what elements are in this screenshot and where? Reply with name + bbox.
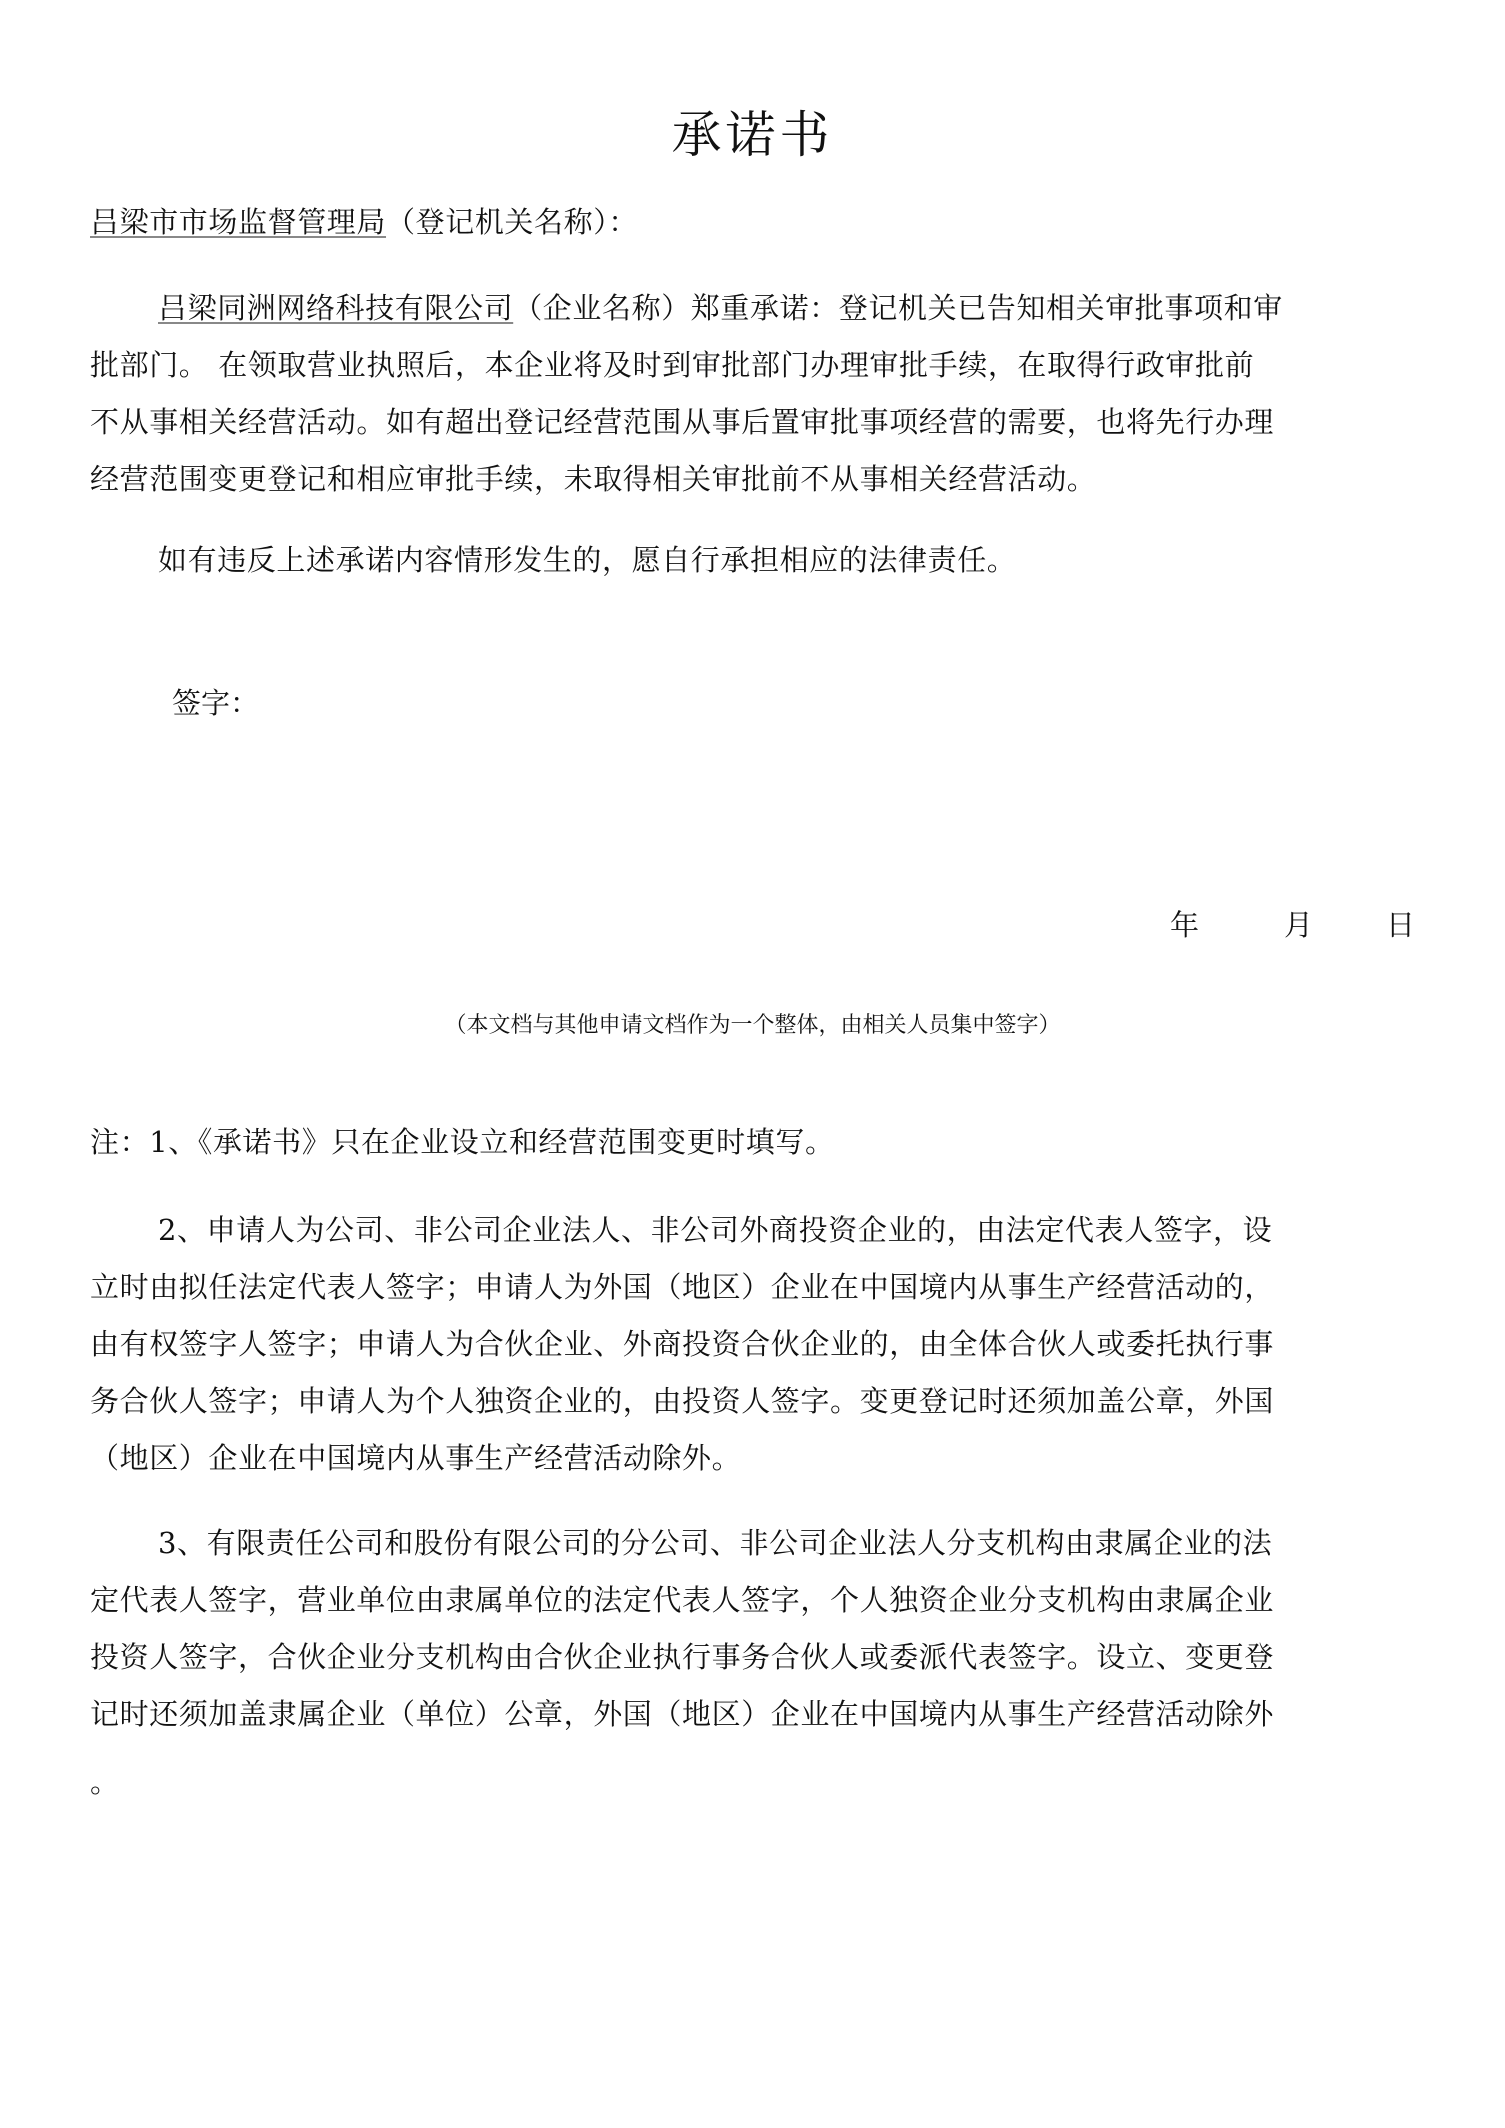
- note-2-line-1: 2、申请人为公司、非公司企业法人、非公司外商投资企业的，由法定代表人签字，设: [158, 1210, 1272, 1250]
- signature-label: 签字：: [172, 683, 259, 723]
- note-3-line-4: 记时还须加盖隶属企业（单位）公章，外国（地区）企业在中国境内从事生产经营活动除外: [90, 1694, 1274, 1734]
- liability-statement: 如有违反上述承诺内容情形发生的，愿自行承担相应的法律责任。: [158, 540, 1016, 580]
- note-2-line-5: （地区）企业在中国境内从事生产经营活动除外。: [90, 1438, 741, 1478]
- company-name: 吕梁同洲网络科技有限公司: [158, 291, 513, 325]
- date-day-label: 日: [1386, 905, 1415, 945]
- commitment-line-4: 经营范围变更登记和相应审批手续，未取得相关审批前不从事相关经营活动。: [90, 459, 1096, 499]
- addressee-line: 吕梁市市场监督管理局（登记机关名称）：: [90, 202, 638, 242]
- date-month-label: 月: [1284, 905, 1313, 945]
- signing-note: （本文档与其他申请文档作为一个整体，由相关人员集中签字）: [0, 1010, 1505, 1042]
- note-3-line-5: 。: [90, 1762, 119, 1802]
- note-2-line-4: 务合伙人签字；申请人为个人独资企业的，由投资人签字。变更登记时还须加盖公章，外国: [90, 1381, 1274, 1421]
- note-3-line-1: 3、有限责任公司和股份有限公司的分公司、非公司企业法人分支机构由隶属企业的法: [158, 1523, 1272, 1563]
- document-title: 承诺书: [0, 105, 1505, 165]
- commitment-line-2: 批部门。 在领取营业执照后，本企业将及时到审批部门办理审批手续，在取得行政审批前: [90, 345, 1254, 385]
- document-page: 承诺书 吕梁市市场监督管理局（登记机关名称）： 吕梁同洲网络科技有限公司（企业名…: [0, 0, 1505, 2128]
- note-1: 注：1、《承诺书》只在企业设立和经营范围变更时填写。: [90, 1122, 835, 1162]
- authority-suffix: （登记机关名称）：: [386, 205, 638, 239]
- date-year-label: 年: [1170, 905, 1199, 945]
- note-3-line-2: 定代表人签字，营业单位由隶属单位的法定代表人签字，个人独资企业分支机构由隶属企业: [90, 1580, 1274, 1620]
- authority-name: 吕梁市市场监督管理局: [90, 205, 386, 239]
- note-2-line-3: 由有权签字人签字；申请人为合伙企业、外商投资合伙企业的，由全体合伙人或委托执行事: [90, 1324, 1274, 1364]
- commitment-line-3: 不从事相关经营活动。如有超出登记经营范围从事后置审批事项经营的需要，也将先行办理: [90, 402, 1274, 442]
- note-3-line-3: 投资人签字，合伙企业分支机构由合伙企业执行事务合伙人或委派代表签字。设立、变更登: [90, 1637, 1274, 1677]
- commitment-line-1: 吕梁同洲网络科技有限公司（企业名称）郑重承诺：登记机关已告知相关审批事项和审: [158, 288, 1283, 328]
- commitment-text: （企业名称）郑重承诺：登记机关已告知相关审批事项和审: [513, 291, 1283, 325]
- note-2-line-2: 立时由拟任法定代表人签字；申请人为外国（地区）企业在中国境内从事生产经营活动的，: [90, 1267, 1274, 1307]
